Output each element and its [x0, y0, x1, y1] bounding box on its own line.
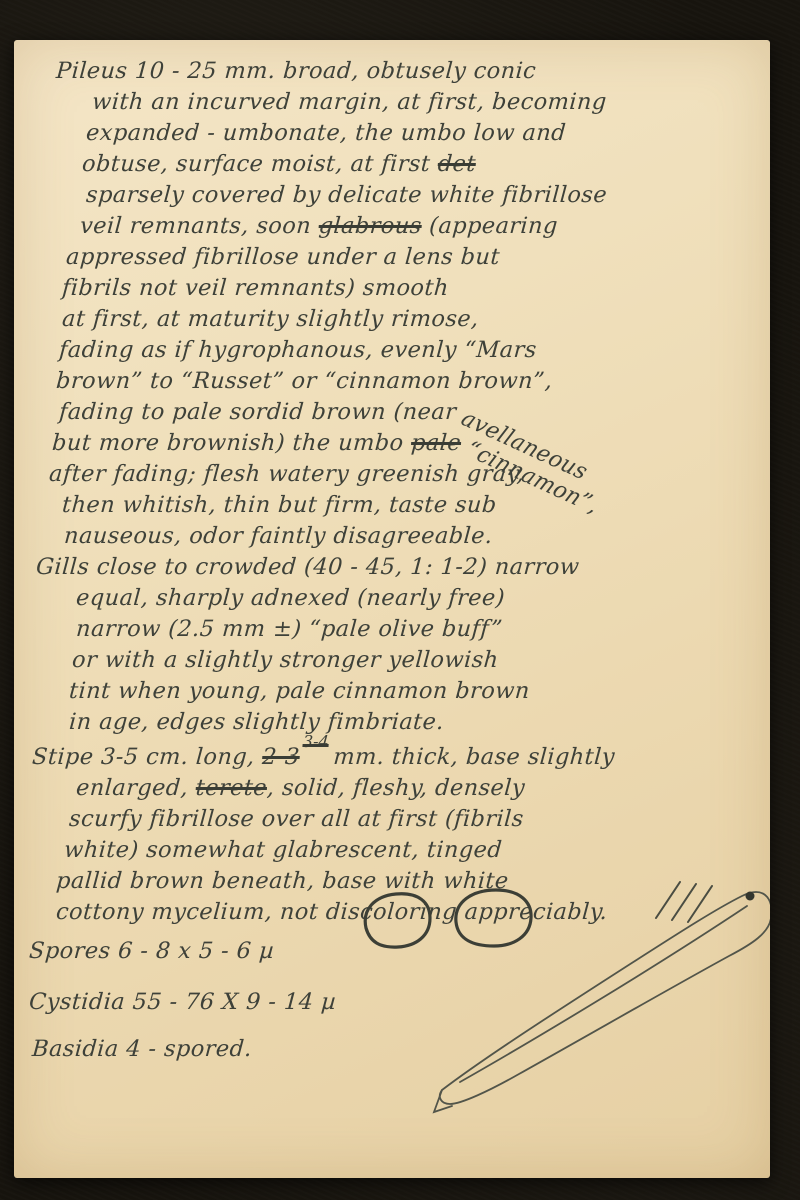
text-segment: narrow (2.5 mm ±) “pale olive buff”: [75, 616, 503, 642]
text-segment: Stipe 3-5 cm. long,: [31, 744, 263, 770]
manuscript-line: sparsely covered by delicate white fibri…: [85, 182, 771, 213]
text-segment: fading as if hygrophanous, evenly “Mars: [58, 337, 537, 363]
text-segment: after fading; flesh watery greenish gray…: [48, 461, 525, 487]
manuscript-line: Basidia 4 - spored.: [31, 1036, 771, 1067]
text-segment: Pileus 10 - 25 mm. broad, obtusely conic: [55, 58, 537, 84]
text-segment: mm. thick, base slightly: [325, 744, 616, 770]
manuscript-line: Cystidia 55 - 76 X 9 - 14 µ: [28, 989, 771, 1020]
manuscript-line: fading as if hygrophanous, evenly “Mars: [58, 337, 771, 368]
text-segment: equal, sharply adnexed (nearly free): [75, 585, 506, 611]
manuscript-line: white) somewhat glabrescent, tinged: [63, 837, 771, 868]
manuscript-line: or with a slightly stronger yellowish: [71, 647, 771, 678]
text-segment: or with a slightly stronger yellowish: [71, 647, 499, 673]
manuscript-line: fibrils not veil remnants) smooth: [61, 275, 771, 306]
text-segment: expanded - umbonate, the umbo low and: [85, 120, 567, 146]
manuscript-line: appressed fibrillose under a lens but: [65, 244, 771, 275]
manuscript-line: Stipe 3-5 cm. long, 2-33-4 mm. thick, ba…: [31, 744, 771, 775]
manuscript-line: but more brownish) the umbo pale“cinnamo…: [51, 430, 771, 461]
manuscript-line: enlarged, terete, solid, fleshy, densely: [75, 775, 771, 806]
text-segment: but more brownish) the umbo: [51, 430, 412, 456]
manuscript-text: Pileus 10 - 25 mm. broad, obtusely conic…: [14, 40, 770, 1067]
struck-text: terete: [195, 775, 268, 801]
text-segment: obtuse, surface moist, at first: [81, 151, 438, 177]
manuscript-line: Pileus 10 - 25 mm. broad, obtusely conic: [55, 58, 771, 89]
text-segment: brown” to “Russet” or “cinnamon brown”,: [55, 368, 553, 394]
text-segment: white) somewhat glabrescent, tinged: [63, 837, 503, 863]
text-segment: Basidia 4 - spored.: [31, 1036, 253, 1062]
text-segment: tint when young, pale cinnamon brown: [68, 678, 530, 704]
manuscript-line: with an incurved margin, at first, becom…: [91, 89, 771, 120]
correction-text: 3-4: [302, 732, 329, 751]
manuscript-line: after fading; flesh watery greenish gray…: [48, 461, 771, 492]
text-segment: at first, at maturity slightly rimose,: [61, 306, 479, 332]
manuscript-line: brown” to “Russet” or “cinnamon brown”,: [55, 368, 771, 399]
text-segment: sparsely covered by delicate white fibri…: [85, 182, 608, 208]
manuscript-line: scurfy fibrillose over all at first (fib…: [68, 806, 771, 837]
text-segment: , solid, fleshy, densely: [266, 775, 526, 801]
text-segment: Spores 6 - 8 x 5 - 6 µ: [28, 938, 275, 964]
manuscript-line: expanded - umbonate, the umbo low and: [85, 120, 771, 151]
manuscript-line: at first, at maturity slightly rimose,: [61, 306, 771, 337]
text-segment: cottony mycelium, not discoloring apprec…: [55, 899, 608, 925]
manuscript-line: cottony mycelium, not discoloring apprec…: [55, 899, 771, 930]
struck-text: det: [437, 151, 477, 177]
manuscript-line: pallid brown beneath, base with white: [55, 868, 771, 899]
text-segment: enlarged,: [75, 775, 196, 801]
struck-text: glabrous: [318, 213, 423, 239]
text-segment: nauseous, odor faintly disagreeable.: [63, 523, 493, 549]
manuscript-line: tint when young, pale cinnamon brown: [68, 678, 771, 709]
manuscript-line: narrow (2.5 mm ±) “pale olive buff”: [75, 616, 771, 647]
manuscript-line: fading to pale sordid brown (nearavellan…: [58, 399, 771, 430]
text-segment: scurfy fibrillose over all at first (fib…: [68, 806, 524, 832]
manuscript-line: obtuse, surface moist, at first det: [81, 151, 771, 182]
text-segment: pallid brown beneath, base with white: [55, 868, 509, 894]
manuscript-line: then whitish, thin but firm, taste sub: [61, 492, 771, 523]
text-segment: in age, edges slightly fimbriate.: [68, 709, 445, 735]
struck-text: pale: [410, 430, 462, 456]
manuscript-paper: Pileus 10 - 25 mm. broad, obtusely conic…: [14, 40, 770, 1178]
text-segment: with an incurved margin, at first, becom…: [91, 89, 607, 115]
text-segment: fibrils not veil remnants) smooth: [61, 275, 449, 301]
text-segment: then whitish, thin but firm, taste sub: [61, 492, 497, 518]
text-segment: Gills close to crowded (40 - 45, 1: 1-2)…: [35, 554, 580, 580]
manuscript-line: Gills close to crowded (40 - 45, 1: 1-2)…: [35, 554, 771, 585]
struck-text: 2-33-4: [261, 744, 326, 770]
text-segment: (appearing: [421, 213, 559, 239]
text-segment: appressed fibrillose under a lens but: [65, 244, 501, 270]
manuscript-line: veil remnants, soon glabrous (appearing: [79, 213, 771, 244]
text-segment: Cystidia 55 - 76 X 9 - 14 µ: [28, 989, 337, 1015]
photo-background: { "scene": { "background_color": "#17140…: [0, 0, 800, 1200]
manuscript-line: Spores 6 - 8 x 5 - 6 µ: [28, 938, 771, 969]
text-segment: fading to pale sordid brown (near: [58, 399, 457, 425]
text-segment: veil remnants, soon: [79, 213, 319, 239]
manuscript-line: in age, edges slightly fimbriate.: [68, 709, 771, 740]
manuscript-line: nauseous, odor faintly disagreeable.: [63, 523, 771, 554]
manuscript-line: equal, sharply adnexed (nearly free): [75, 585, 771, 616]
